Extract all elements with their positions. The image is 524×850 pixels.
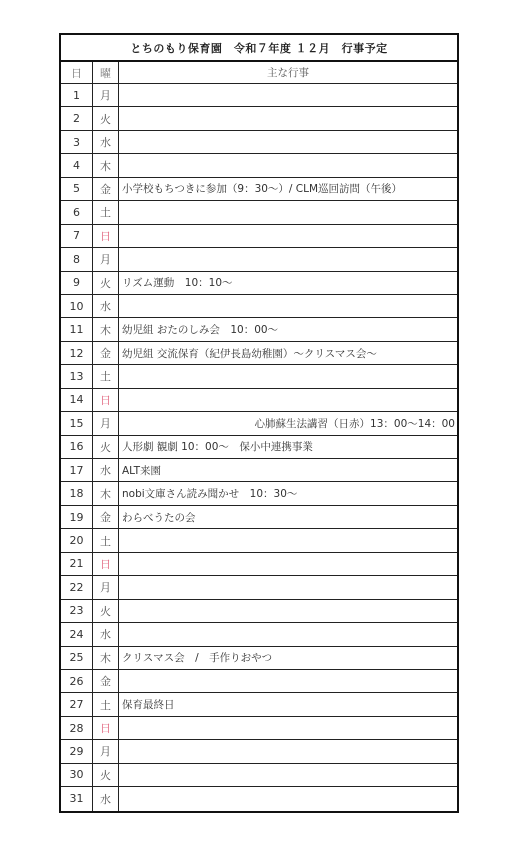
day-cell: 31 bbox=[61, 787, 93, 810]
day-cell: 20 bbox=[61, 529, 93, 551]
table-row: 23火 bbox=[61, 600, 457, 623]
day-cell: 12 bbox=[61, 342, 93, 364]
weekday-cell: 土 bbox=[93, 365, 119, 387]
table-row: 18木nobi文庫さん読み聞かせ 10：30〜 bbox=[61, 482, 457, 505]
day-cell: 10 bbox=[61, 295, 93, 317]
day-cell: 11 bbox=[61, 318, 93, 340]
table-row: 11木幼児組 おたのしみ会 10：00〜 bbox=[61, 318, 457, 341]
table-row: 17水ALT来園 bbox=[61, 459, 457, 482]
day-cell: 16 bbox=[61, 436, 93, 458]
event-cell bbox=[119, 553, 457, 575]
event-cell: クリスマス会 / 手作りおやつ bbox=[119, 647, 457, 669]
weekday-cell: 月 bbox=[93, 84, 119, 106]
day-cell: 30 bbox=[61, 764, 93, 786]
event-cell: 人形劇 観劇 10：00〜 保小中連携事業 bbox=[119, 436, 457, 458]
weekday-cell: 火 bbox=[93, 600, 119, 622]
day-cell: 6 bbox=[61, 201, 93, 223]
day-cell: 2 bbox=[61, 107, 93, 129]
table-row: 30火 bbox=[61, 764, 457, 787]
weekday-cell: 日 bbox=[93, 389, 119, 411]
table-row: 29月 bbox=[61, 740, 457, 763]
weekday-cell: 金 bbox=[93, 670, 119, 692]
day-cell: 9 bbox=[61, 272, 93, 294]
weekday-cell: 月 bbox=[93, 740, 119, 762]
table-row: 14日 bbox=[61, 389, 457, 412]
header-weekday: 曜 bbox=[93, 62, 119, 83]
table-row: 7日 bbox=[61, 225, 457, 248]
day-cell: 18 bbox=[61, 482, 93, 504]
weekday-cell: 木 bbox=[93, 647, 119, 669]
table-row: 4木 bbox=[61, 154, 457, 177]
table-row: 20土 bbox=[61, 529, 457, 552]
day-cell: 26 bbox=[61, 670, 93, 692]
weekday-cell: 水 bbox=[93, 623, 119, 645]
table-row: 5金小学校もちつきに参加（9：30〜）/ CLM巡回訪問（午後） bbox=[61, 178, 457, 201]
event-cell bbox=[119, 717, 457, 739]
event-cell bbox=[119, 670, 457, 692]
weekday-cell: 日 bbox=[93, 225, 119, 247]
weekday-cell: 日 bbox=[93, 717, 119, 739]
day-cell: 8 bbox=[61, 248, 93, 270]
weekday-cell: 木 bbox=[93, 482, 119, 504]
weekday-cell: 水 bbox=[93, 459, 119, 481]
event-cell bbox=[119, 529, 457, 551]
weekday-cell: 月 bbox=[93, 248, 119, 270]
weekday-cell: 金 bbox=[93, 506, 119, 528]
table-row: 6土 bbox=[61, 201, 457, 224]
schedule-title: とちのもり保育園 令和７年度 １２月 行事予定 bbox=[61, 35, 457, 62]
table-row: 16火人形劇 観劇 10：00〜 保小中連携事業 bbox=[61, 436, 457, 459]
day-cell: 27 bbox=[61, 693, 93, 715]
weekday-cell: 火 bbox=[93, 764, 119, 786]
table-row: 31水 bbox=[61, 787, 457, 810]
table-row: 3水 bbox=[61, 131, 457, 154]
event-cell bbox=[119, 154, 457, 176]
event-cell bbox=[119, 740, 457, 762]
event-cell bbox=[119, 600, 457, 622]
day-cell: 5 bbox=[61, 178, 93, 200]
weekday-cell: 月 bbox=[93, 576, 119, 598]
event-cell bbox=[119, 225, 457, 247]
table-row: 25木クリスマス会 / 手作りおやつ bbox=[61, 647, 457, 670]
table-row: 22月 bbox=[61, 576, 457, 599]
table-row: 21日 bbox=[61, 553, 457, 576]
event-cell: わらべうたの会 bbox=[119, 506, 457, 528]
table-row: 27土保育最終日 bbox=[61, 693, 457, 716]
event-cell bbox=[119, 787, 457, 810]
event-cell bbox=[119, 295, 457, 317]
weekday-cell: 火 bbox=[93, 436, 119, 458]
day-cell: 3 bbox=[61, 131, 93, 153]
weekday-cell: 水 bbox=[93, 295, 119, 317]
table-row: 15月心肺蘇生法講習（日赤）13：00〜14：00 bbox=[61, 412, 457, 435]
day-cell: 7 bbox=[61, 225, 93, 247]
day-cell: 13 bbox=[61, 365, 93, 387]
weekday-cell: 火 bbox=[93, 107, 119, 129]
day-cell: 28 bbox=[61, 717, 93, 739]
table-row: 19金わらべうたの会 bbox=[61, 506, 457, 529]
event-cell bbox=[119, 764, 457, 786]
weekday-cell: 木 bbox=[93, 154, 119, 176]
day-cell: 25 bbox=[61, 647, 93, 669]
table-row: 2火 bbox=[61, 107, 457, 130]
event-cell bbox=[119, 201, 457, 223]
weekday-cell: 木 bbox=[93, 318, 119, 340]
weekday-cell: 日 bbox=[93, 553, 119, 575]
event-cell bbox=[119, 623, 457, 645]
day-cell: 23 bbox=[61, 600, 93, 622]
event-cell bbox=[119, 107, 457, 129]
weekday-cell: 火 bbox=[93, 272, 119, 294]
table-row: 12金幼児組 交流保育（紀伊長島幼稚園）〜クリスマス会〜 bbox=[61, 342, 457, 365]
weekday-cell: 水 bbox=[93, 131, 119, 153]
day-cell: 4 bbox=[61, 154, 93, 176]
event-cell: 心肺蘇生法講習（日赤）13：00〜14：00 bbox=[119, 412, 457, 434]
table-row: 26金 bbox=[61, 670, 457, 693]
day-cell: 21 bbox=[61, 553, 93, 575]
event-cell bbox=[119, 576, 457, 598]
weekday-cell: 月 bbox=[93, 412, 119, 434]
day-cell: 1 bbox=[61, 84, 93, 106]
weekday-cell: 土 bbox=[93, 201, 119, 223]
weekday-cell: 水 bbox=[93, 787, 119, 810]
event-cell: 幼児組 交流保育（紀伊長島幼稚園）〜クリスマス会〜 bbox=[119, 342, 457, 364]
event-cell: リズム運動 10：10〜 bbox=[119, 272, 457, 294]
event-cell: 保育最終日 bbox=[119, 693, 457, 715]
table-body: 1月2火3水4木5金小学校もちつきに参加（9：30〜）/ CLM巡回訪問（午後）… bbox=[61, 84, 457, 811]
event-cell bbox=[119, 131, 457, 153]
day-cell: 24 bbox=[61, 623, 93, 645]
day-cell: 15 bbox=[61, 412, 93, 434]
weekday-cell: 金 bbox=[93, 342, 119, 364]
table-row: 1月 bbox=[61, 84, 457, 107]
event-cell: 幼児組 おたのしみ会 10：00〜 bbox=[119, 318, 457, 340]
header-events: 主な行事 bbox=[119, 62, 457, 83]
table-row: 28日 bbox=[61, 717, 457, 740]
weekday-cell: 金 bbox=[93, 178, 119, 200]
event-cell: ALT来園 bbox=[119, 459, 457, 481]
day-cell: 19 bbox=[61, 506, 93, 528]
day-cell: 17 bbox=[61, 459, 93, 481]
event-cell: nobi文庫さん読み聞かせ 10：30〜 bbox=[119, 482, 457, 504]
table-row: 24水 bbox=[61, 623, 457, 646]
table-row: 10水 bbox=[61, 295, 457, 318]
day-cell: 14 bbox=[61, 389, 93, 411]
event-cell: 小学校もちつきに参加（9：30〜）/ CLM巡回訪問（午後） bbox=[119, 178, 457, 200]
weekday-cell: 土 bbox=[93, 693, 119, 715]
table-row: 8月 bbox=[61, 248, 457, 271]
event-cell bbox=[119, 389, 457, 411]
header-day: 日 bbox=[61, 62, 93, 83]
day-cell: 22 bbox=[61, 576, 93, 598]
table-row: 13土 bbox=[61, 365, 457, 388]
day-cell: 29 bbox=[61, 740, 93, 762]
event-cell bbox=[119, 365, 457, 387]
table-row: 9火リズム運動 10：10〜 bbox=[61, 272, 457, 295]
event-cell bbox=[119, 84, 457, 106]
event-cell bbox=[119, 248, 457, 270]
schedule-table: とちのもり保育園 令和７年度 １２月 行事予定 日 曜 主な行事 1月2火3水4… bbox=[59, 33, 459, 813]
header-row: 日 曜 主な行事 bbox=[61, 62, 457, 84]
weekday-cell: 土 bbox=[93, 529, 119, 551]
